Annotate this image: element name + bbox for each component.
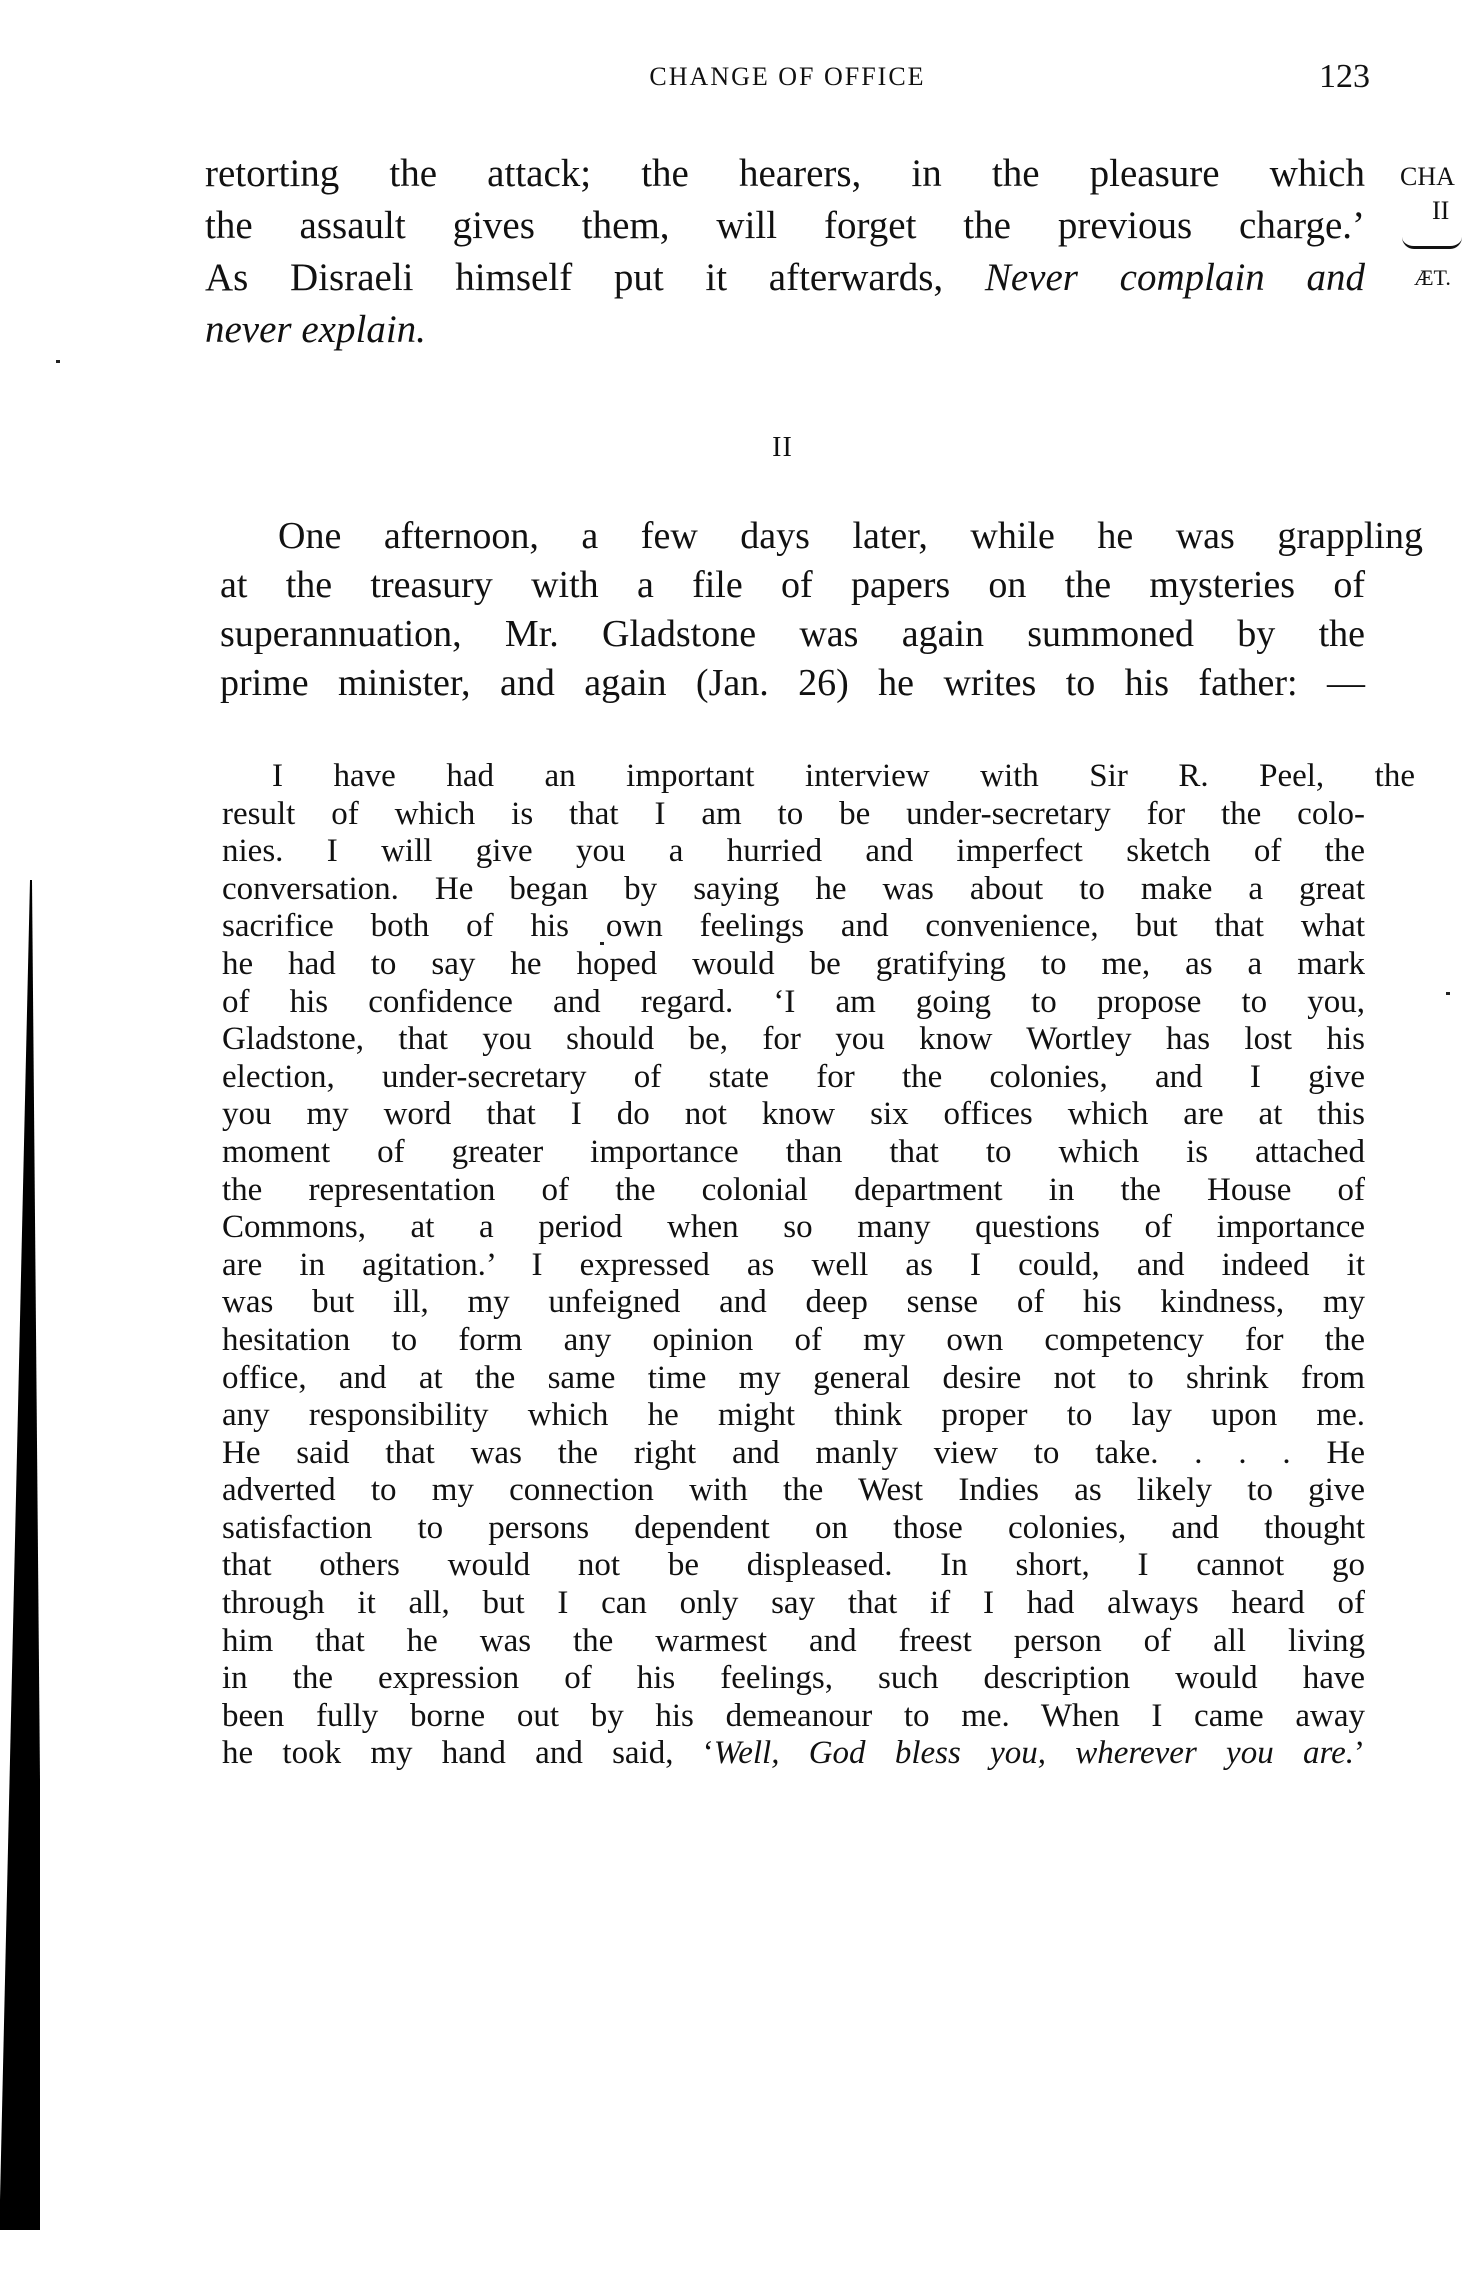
text-line: at the treasury with a file of papers on… [220,561,1365,610]
text-line: sacrifice both of his own feelings and c… [222,908,1365,946]
scan-speck [600,942,604,945]
text-line: the assault gives them, will forget the … [205,200,1365,252]
text-line: through it all, but I can only say that … [222,1585,1365,1623]
text-line: moment of greater importance than that t… [222,1134,1365,1172]
text-line: was but ill, my unfeigned and deep sense… [222,1284,1365,1322]
page-number: 123 [1319,58,1370,96]
text-line-roman: he took my hand and said, ‘ [222,1735,714,1771]
text-line: adverted to my connection with the West … [222,1472,1365,1510]
text-line: I have had an important interview with S… [222,758,1415,796]
text-line: Commons, at a period when so many questi… [222,1209,1365,1247]
text-line: never explain. [205,304,1365,356]
body-paragraph: One afternoon, a few days later, while h… [220,512,1385,708]
italic-quote: never explain. [205,308,426,351]
text-line: him that he was the warmest and freest p… [222,1623,1365,1661]
text-line: he had to say he hoped would be gratifyi… [222,946,1365,984]
text-line: conversation. He began by saying he was … [222,871,1365,909]
text-line-roman: As Disraeli himself put it afterwards, [205,256,943,299]
margin-side-note: CHA II ÆT. [1400,158,1473,297]
text-line: One afternoon, a few days later, while h… [220,512,1423,561]
section-heading: II [0,432,1473,464]
side-note-age-label: ÆT. [1400,259,1473,297]
text-line: prime minister, and again (Jan. 26) he w… [220,659,1365,708]
text-line: result of which is that I am to be under… [222,796,1365,834]
italic-quote: Never complain and [985,256,1365,299]
running-head: CHANGE OF OFFICE 123 [205,62,1370,102]
text-line: are in agitation.’ I expressed as well a… [222,1247,1365,1285]
italic-quote: Well, God bless you, wherever you are. [714,1735,1354,1771]
scan-speck [1446,992,1450,995]
text-line: that others would not be displeased. In … [222,1547,1365,1585]
text-line: hesitation to form any opinion of my own… [222,1322,1365,1360]
text-line: he took my hand and said, ‘Well, God ble… [222,1735,1365,1773]
text-line: nies. I will give you a hurried and impe… [222,833,1365,871]
quoted-letter: I have had an important interview with S… [222,758,1387,1773]
text-line: As Disraeli himself put it afterwards, N… [205,252,1365,304]
text-line: in the expression of his feelings, such … [222,1660,1365,1698]
text-line: superannuation, Mr. Gladstone was again … [220,610,1365,659]
text-line: you my word that I do not know six offic… [222,1096,1365,1134]
page-binding-shadow [0,880,40,2230]
brace-icon [1402,232,1462,249]
side-note-chapter-number: II [1400,196,1473,226]
text-line: any responsibility which he might think … [222,1397,1365,1435]
side-note-chapter: CHA [1400,158,1473,196]
closing-quote: ’ [1354,1735,1365,1771]
text-line: election, under-secretary of state for t… [222,1059,1365,1097]
text-line: He said that was the right and manly vie… [222,1435,1365,1473]
continuation-paragraph: retorting the attack; the hearers, in th… [205,148,1370,356]
running-title: CHANGE OF OFFICE [205,62,1370,92]
text-line: satisfaction to persons dependent on tho… [222,1510,1365,1548]
text-line: of his confidence and regard. ‘I am goin… [222,984,1365,1022]
text-line: office, and at the same time my general … [222,1360,1365,1398]
text-line: retorting the attack; the hearers, in th… [205,148,1365,200]
text-line: been fully borne out by his demeanour to… [222,1698,1365,1736]
text-line: the representation of the colonial depar… [222,1172,1365,1210]
scan-speck [56,360,60,363]
text-line: Gladstone, that you should be, for you k… [222,1021,1365,1059]
